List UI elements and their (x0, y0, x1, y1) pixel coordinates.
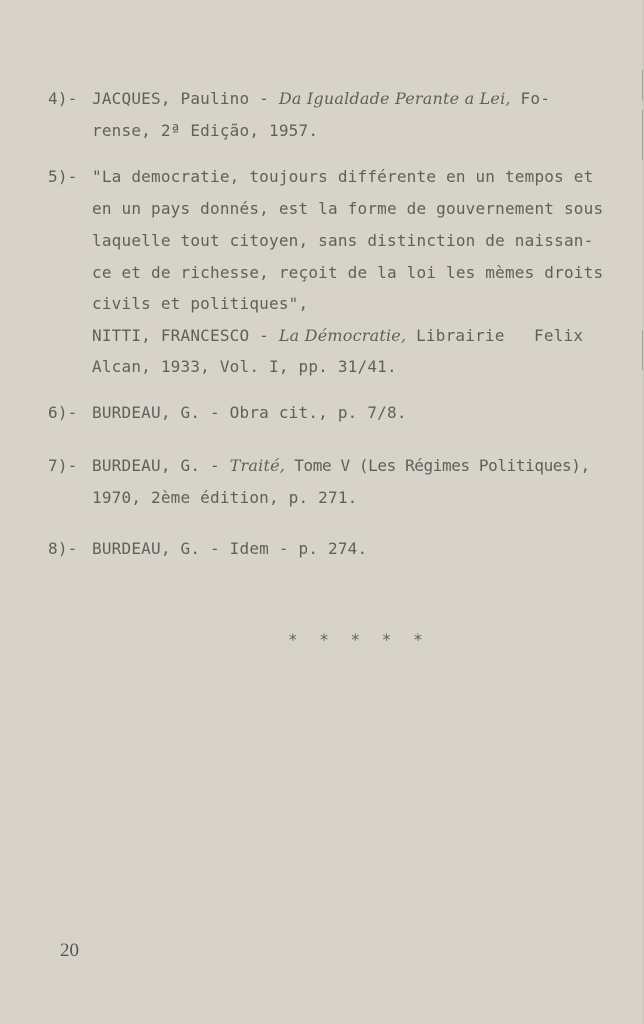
footnote-line: BURDEAU, G. - Idem - p. 274. (92, 539, 367, 559)
footnote-line: Alcan, 1933, Vol. I, pp. 31/41. (92, 357, 397, 377)
footnote-line: BURDEAU, G. - Obra cit., p. 7/8. (92, 403, 407, 423)
edge-mark (642, 330, 643, 370)
citation-text: JACQUES, Paulino - (92, 89, 279, 108)
footnote-line: rense, 2ª Edição, 1957. (92, 121, 318, 141)
quote-line: ce et de richesse, reçoit de la loi les … (92, 263, 603, 283)
footnote-number: 7)- (48, 456, 78, 476)
citation-text: Librairie Felix (406, 326, 583, 345)
footnote-number: 8)- (48, 539, 78, 559)
footnote-line: 1970, 2ème édition, p. 271. (92, 488, 358, 508)
citation-text: Tome V (Les Régimes Politiques), (285, 456, 590, 475)
quote-line: civils et politiques", (92, 294, 308, 314)
page-number: 20 (60, 940, 79, 962)
quote-line: laquelle tout citoyen, sans distinction … (92, 231, 593, 251)
footnote-number: 5)- (48, 167, 78, 187)
footnote-line: NITTI, FRANCESCO - La Démocratie, Librai… (92, 326, 583, 346)
quote-line: en un pays donnés, est la forme de gouve… (92, 199, 603, 219)
footnote-line: BURDEAU, G. - Traité, Tome V (Les Régime… (92, 456, 590, 476)
citation-text: NITTI, FRANCESCO - (92, 326, 279, 345)
footnote-number: 4)- (48, 89, 78, 109)
book-title: La Démocratie, (279, 326, 406, 345)
edge-mark (642, 70, 643, 100)
book-title: Da Igualdade Perante a Lei, (279, 89, 511, 108)
citation-text: BURDEAU, G. - (92, 456, 230, 475)
edge-mark (642, 110, 643, 160)
footnote-number: 6)- (48, 403, 78, 423)
footnote-line: JACQUES, Paulino - Da Igualdade Perante … (92, 89, 550, 109)
section-separator: * * * * * (288, 630, 429, 649)
citation-text: Fo- (511, 89, 550, 108)
quote-line: "La democratie, toujours différente en u… (92, 167, 593, 187)
book-title: Traité, (230, 456, 285, 475)
